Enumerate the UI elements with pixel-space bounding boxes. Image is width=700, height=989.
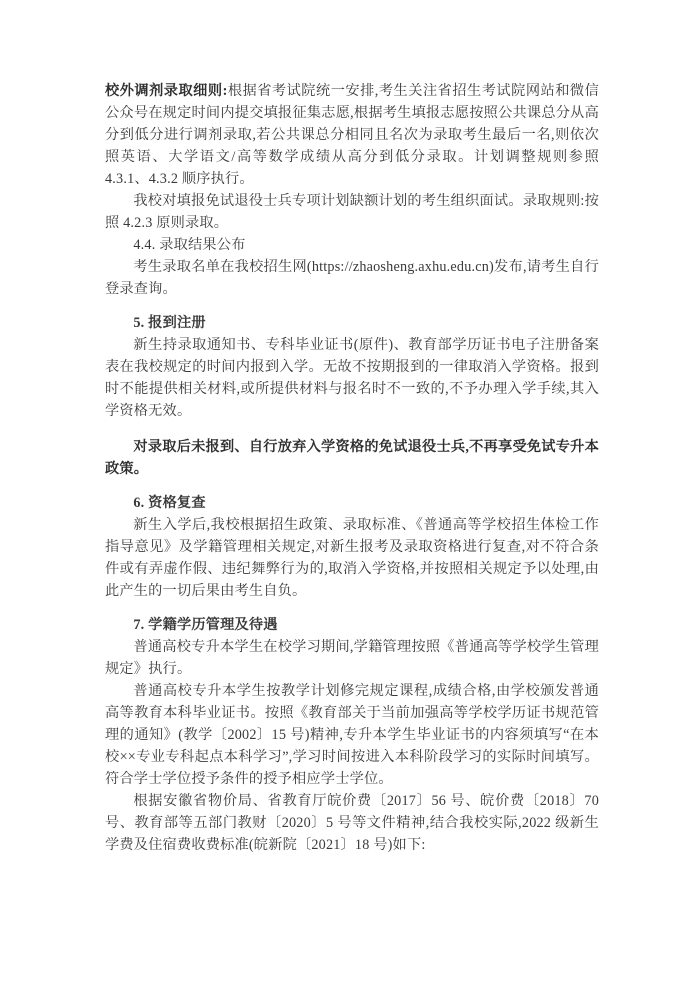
paragraph-registration-requirements: 新生持录取通知书、专科毕业证书(原件)、教育部学历证书电子注册备案表在我校规定的… (105, 334, 599, 422)
heading-5-registration: 5. 报到注册 (105, 312, 599, 334)
paragraph-qualification-review: 新生入学后,我校根据招生政策、录取标准、《普通高等学校招生体检工作指导意见》及学… (105, 514, 599, 602)
paragraph-lead-bold: 校外调剂录取细则: (105, 83, 228, 99)
paragraph-veteran-forfeit-policy: 对录取后未报到、自行放弃入学资格的免试退役士兵,不再享受免试专升本政策。 (105, 436, 599, 480)
paragraph-tuition-basis: 根据安徽省物价局、省教育厅皖价费〔2017〕56 号、皖价费〔2018〕70 号… (105, 790, 599, 856)
paragraph-veteran-interview: 我校对填报免试退役士兵专项计划缺额计划的考生组织面试。录取规则:按照 4.2.3… (105, 190, 599, 234)
paragraph-external-transfer-rules: 校外调剂录取细则:根据省考试院统一安排,考生关注省招生考试院网站和微信公众号在规… (105, 80, 599, 190)
paragraph-diploma-rules: 普通高校专升本学生按教学计划修完规定课程,成绩合格,由学校颁发普通高等教育本科毕… (105, 680, 599, 790)
paragraph-admission-list-publish: 考生录取名单在我校招生网(https://zhaosheng.axhu.edu.… (105, 256, 599, 300)
paragraph-student-status-management: 普通高校专升本学生在校学习期间,学籍管理按照《普通高等学校学生管理规定》执行。 (105, 636, 599, 680)
document-page: 校外调剂录取细则:根据省考试院统一安排,考生关注省招生考试院网站和微信公众号在规… (0, 0, 700, 989)
heading-7-student-status: 7. 学籍学历管理及待遇 (105, 614, 599, 636)
heading-6-qualification-review: 6. 资格复查 (105, 492, 599, 514)
heading-4-4-admission-results: 4.4. 录取结果公布 (105, 234, 599, 256)
